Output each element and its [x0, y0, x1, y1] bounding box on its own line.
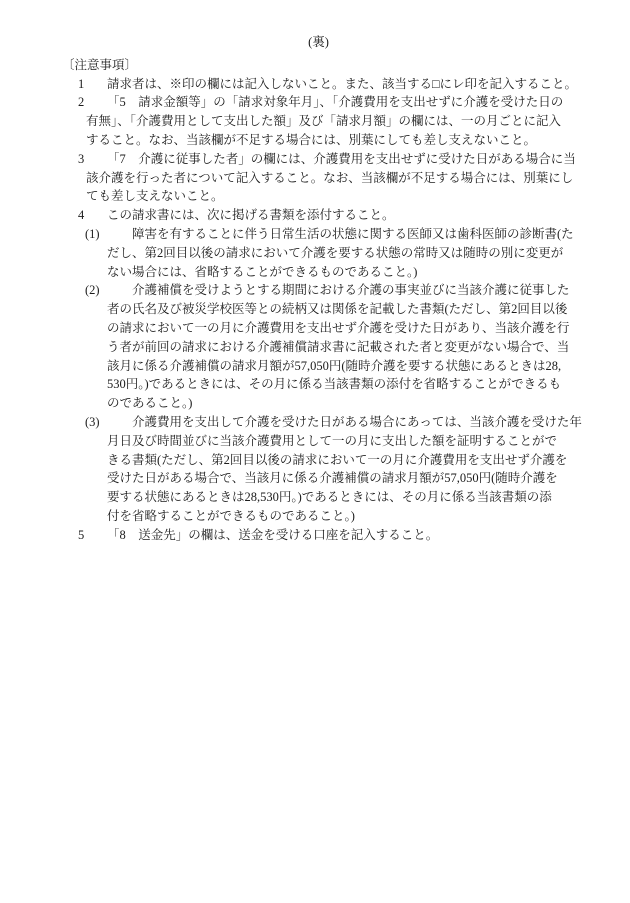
note-text: 請求者は、※印の欄には記入しないこと。また、該当する□にレ印を記入すること。 [107, 77, 577, 91]
note-number: (1) [85, 225, 132, 244]
note-subitem-2: (2)介護補償を受けようとする期間における介護の事実並びに当該介護に従事した 者… [62, 281, 575, 413]
note-line: 4この請求書には、次に掲げる書類を添付すること。 [62, 206, 575, 225]
note-line: 月日及び時間並びに当該介護費用として一の月に支出した額を証明することがで [62, 432, 575, 451]
page-side-label: (裏) [62, 33, 575, 52]
note-line: の請求において一の月に介護費用を支出せず介護を受けた日があり、当該介護を行 [62, 319, 575, 338]
note-line: ても差し支えないこと。 [62, 187, 575, 206]
note-subitem-3: (3)介護費用を支出して介護を受けた日がある場合にあっては、当該介護を受けた年 … [62, 413, 575, 526]
note-line: 受けた日がある場合で、当該月に係る介護補償の請求月額が57,050円(随時介護を [62, 469, 575, 488]
note-number: 4 [78, 206, 107, 225]
note-number: 2 [78, 93, 107, 112]
note-line: のであること。) [62, 394, 575, 413]
note-line: だし、第2回目以後の請求において介護を要する状態の常時又は随時の別に変更が [62, 244, 575, 263]
note-text: この請求書には、次に掲げる書類を添付すること。 [107, 208, 395, 222]
note-line: ない場合には、省略することができるものであること。) [62, 263, 575, 282]
note-number: 1 [78, 75, 107, 94]
note-text: 障害を有することに伴う日常生活の状態に関する医師又は歯科医師の診断書(た [132, 227, 574, 241]
note-item-3: 3「7 介護に従事した者」の欄には、介護費用を支出せずに受けた日がある場合に当 … [62, 150, 575, 206]
note-line: きる書類(ただし、第2回目以後の請求において一の月に介護費用を支出せず介護を [62, 451, 575, 470]
note-item-1: 1請求者は、※印の欄には記入しないこと。また、該当する□にレ印を記入すること。 [62, 75, 575, 94]
note-line: 該月に係る介護補償の請求月額が57,050円(随時介護を要する状態にあるときは2… [62, 357, 575, 376]
note-line: 要する状態にあるときは28,530円。)であるときには、その月に係る当該書類の添 [62, 488, 575, 507]
note-line: 5「8 送金先」の欄は、送金を受ける口座を記入すること。 [62, 526, 575, 545]
note-line: 者の氏名及び被災学校医等との続柄又は関係を記載した書類(ただし、第2回目以後 [62, 300, 575, 319]
note-text: 「5 請求金額等」の「請求対象年月」、「介護費用を支出せずに介護を受けた日の [107, 95, 563, 109]
note-line: 1請求者は、※印の欄には記入しないこと。また、該当する□にレ印を記入すること。 [62, 75, 575, 94]
note-line: 3「7 介護に従事した者」の欄には、介護費用を支出せずに受けた日がある場合に当 [62, 150, 575, 169]
note-text: 介護補償を受けようとする期間における介護の事実並びに当該介護に従事した [132, 283, 570, 297]
note-line: すること。なお、当該欄が不足する場合には、別葉にしても差し支えないこと。 [62, 131, 575, 150]
note-line: 付を省略することができるものであること。) [62, 507, 575, 526]
note-line: (1)障害を有することに伴う日常生活の状態に関する医師又は歯科医師の診断書(た [62, 225, 575, 244]
note-line: 該介護を行った者について記入すること。なお、当該欄が不足する場合には、別葉にし [62, 169, 575, 188]
note-line: 530円。)であるときには、その月に係る当該書類の添付を省略することができるも [62, 375, 575, 394]
note-item-2: 2「5 請求金額等」の「請求対象年月」、「介護費用を支出せずに介護を受けた日の … [62, 93, 575, 149]
note-item-4: 4この請求書には、次に掲げる書類を添付すること。 [62, 206, 575, 225]
note-line: (2)介護補償を受けようとする期間における介護の事実並びに当該介護に従事した [62, 281, 575, 300]
note-number: (3) [85, 413, 132, 432]
document-page: (裏) 〔注意事項〕 1請求者は、※印の欄には記入しないこと。また、該当する□に… [0, 0, 630, 903]
note-text: 「7 介護に従事した者」の欄には、介護費用を支出せずに受けた日がある場合に当 [107, 152, 576, 166]
note-text: 「8 送金先」の欄は、送金を受ける口座を記入すること。 [107, 528, 438, 542]
note-line: 有無」、「介護費用として支出した額」及び「請求月額」の欄には、一の月ごとに記入 [62, 112, 575, 131]
note-number: 5 [78, 526, 107, 545]
notes-section-title: 〔注意事項〕 [62, 56, 575, 75]
note-line: (3)介護費用を支出して介護を受けた日がある場合にあっては、当該介護を受けた年 [62, 413, 575, 432]
note-line: 2「5 請求金額等」の「請求対象年月」、「介護費用を支出せずに介護を受けた日の [62, 93, 575, 112]
note-line: う者が前回の請求における介護補償請求書に記載された者と変更がない場合で、当 [62, 338, 575, 357]
note-item-5: 5「8 送金先」の欄は、送金を受ける口座を記入すること。 [62, 526, 575, 545]
note-number: (2) [85, 281, 132, 300]
note-number: 3 [78, 150, 107, 169]
note-text: 介護費用を支出して介護を受けた日がある場合にあっては、当該介護を受けた年 [132, 415, 582, 429]
note-subitem-1: (1)障害を有することに伴う日常生活の状態に関する医師又は歯科医師の診断書(た … [62, 225, 575, 281]
